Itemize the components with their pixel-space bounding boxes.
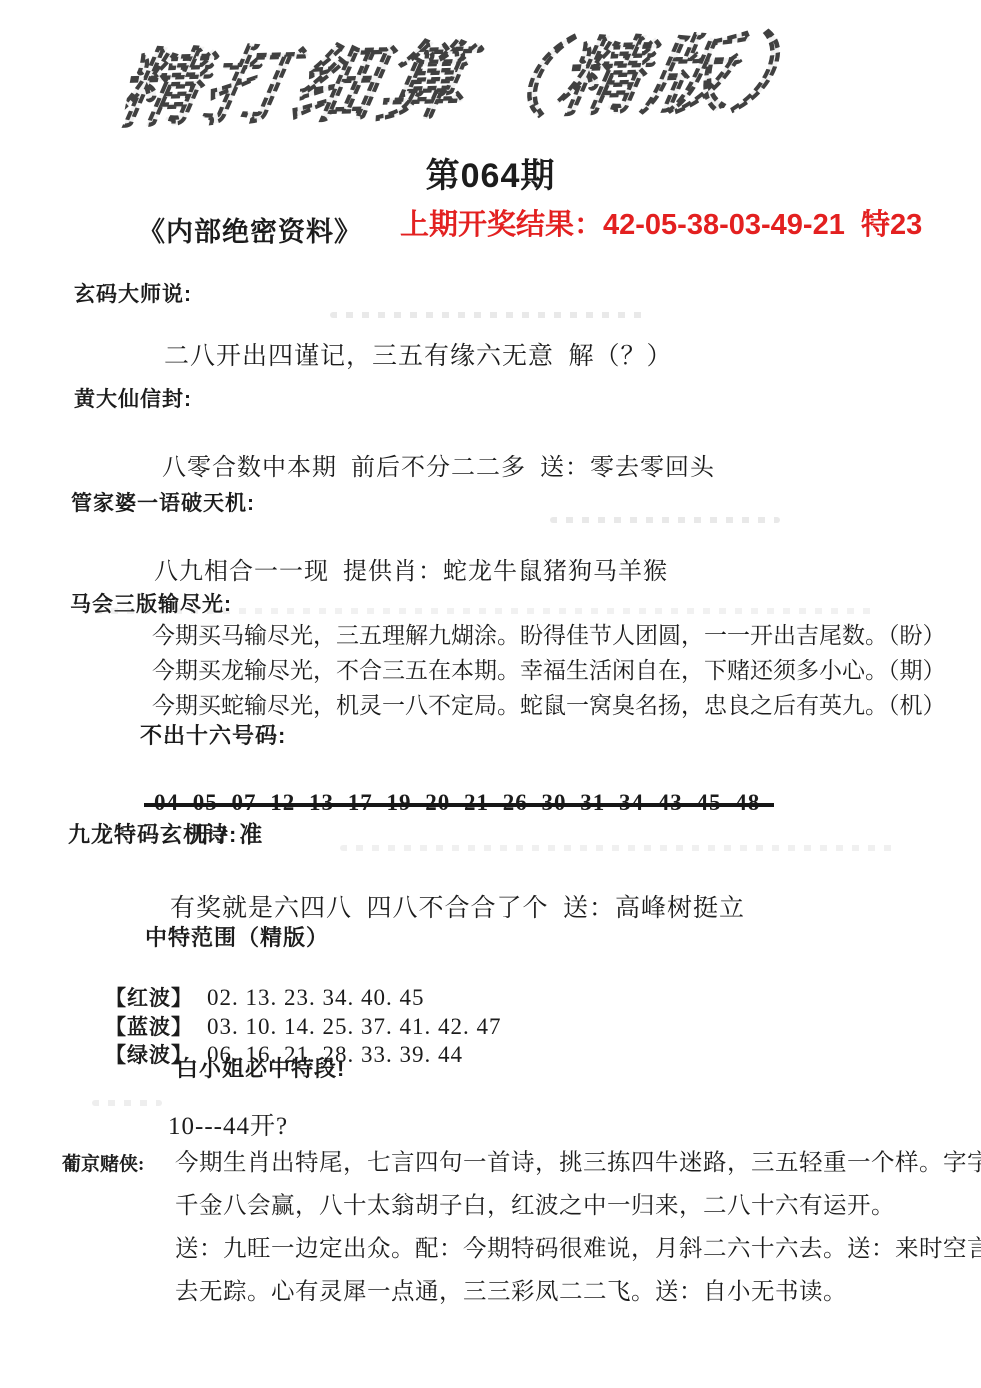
guanjiapo-line: 八九相合一一现 提供肖：蛇龙牛鼠猪狗马羊猴 — [154, 551, 668, 586]
logo-text: 精打细算（精版） — [117, 27, 823, 138]
secret-material-label: 《内部绝密资料》 — [138, 210, 362, 249]
xuanma-master-label: 玄码大师说: — [74, 278, 192, 308]
pujing-line-4: 去无踪。心有灵犀一点通，三三彩凤二二飞。送：自小无书读。 — [175, 1272, 847, 1306]
tip-sheet-page: 精打细算（精版） 第064期 《内部绝密资料》 上期开奖结果：42-05-38-… — [0, 0, 981, 1388]
pujing-line-2: 千金八会赢，八十太翁胡子白，红波之中一归来，二八十六有运开。 — [175, 1186, 895, 1220]
scan-artifact — [95, 608, 875, 614]
baixiaojie-label: 白小姐必中特段! — [176, 1052, 345, 1083]
huangdaxian-line: 八零合数中本期 前后不分二二多 送：零去零回头 — [162, 447, 715, 482]
issue-number: 第064期 — [0, 148, 981, 197]
huangdaxian-label: 黄大仙信封: — [74, 383, 192, 413]
baixiaojie-range-line: 10---44开? — [168, 1106, 288, 1142]
guanjiapo-label: 管家婆一语破天机: — [71, 487, 255, 517]
jiulong-poem-line: 有奖就是六四八 四八不合合了个 送：高峰树挺立 — [170, 888, 745, 924]
last-draw-result: 上期开奖结果：42-05-38-03-49-21 特23 — [400, 202, 922, 243]
scan-artifact — [340, 845, 900, 851]
scan-artifact — [92, 1100, 162, 1106]
mahui-line-1: 今期买马输尽光，三五理解九煳涂。盼得佳节人团圆，一一开出吉尾数。（盼） — [152, 617, 946, 650]
range-label: 中特范围（精版） — [145, 921, 329, 952]
pujing-line-3: 送：九旺一边定出众。配：今期特码很难说，月斜二六十六去。送：来时空言 — [175, 1229, 981, 1263]
pujing-line-1: 今期生肖出特尾，七言四句一首诗，挑三拣四牛迷路，三五轻重一个样。字字 — [175, 1143, 981, 1177]
mahui-line-3: 今期买蛇输尽光，机灵一八不定局。蛇鼠一窝臭名扬，忠良之后有英九。（机） — [152, 687, 946, 720]
mahui-line-2: 今期买龙输尽光，不合三五在本期。幸福生活闲自在，下赌还须多小心。（期） — [152, 652, 946, 685]
scan-artifact — [550, 517, 780, 523]
excluded-numbers-struck: 04 05 07 12 13 17 19 20 21 26 30 31 34 4… — [154, 790, 760, 815]
jiulong-label: 九龙特码玄机诗: — [68, 818, 237, 849]
scan-artifact — [330, 312, 650, 318]
pujing-label: 葡京赌侠: — [62, 1149, 144, 1176]
not-out-numbers-label: 不出十六号码: — [140, 719, 286, 750]
xuanma-poem-line: 二八开出四谨记，三五有缘六无意 解（？） — [164, 336, 673, 372]
logo-graphic: 精打细算（精版） — [117, 13, 823, 151]
